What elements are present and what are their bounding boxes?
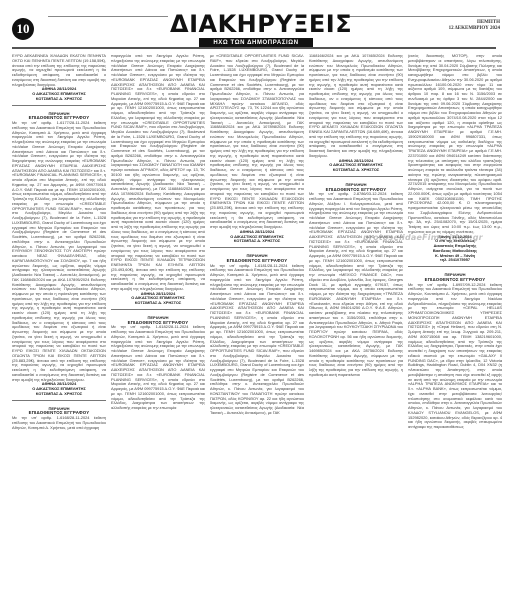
notice-columns: ΕΥΡΩ ΔΕΚΑΕΝΝΕΑ ΧΙΛΙΑΔΩΝ ΕΚΑΤΟΝ ΠΕΝΗΝΤΑ Ο… [12,54,502,598]
notice-body: ΕΥΡΩ ΔΕΚΑΕΝΝΕΑ ΧΙΛΙΑΔΩΝ ΕΚΑΤΟΝ ΠΕΝΗΝΤΑ Ο… [12,54,106,87]
masthead-rule-left [48,16,168,17]
notice-signature: ΑΘΗΝΑ 28/11/2024Ο ΔΙΚΑΣΤΙΚΟΣ ΕΠΙΜΕΛΗΤΗΣΚ… [111,292,205,310]
issue-date: ΠΕΜΠΤΗ 12 ΔΕΚΕΜΒΡΙΟΥ 2024 [449,20,500,32]
notice-body: (εκτός δικαστικής ΜΟΤΟΡ), στην οποία μετ… [408,54,502,235]
page-number-badge: 10 [12,18,34,40]
notice-body: Με την υπ' αριθμ. 1-6177/28-11-2024 έκθε… [12,121,106,382]
text-column-2: παραγγελία από τον δικηγόρο Αγγελο Ράπτη… [111,54,205,598]
section-title: ΔΙΑΚΗΡΥΞΕΙΣ [170,12,346,36]
notice-signature: ΑΘΗΝΑ 28/11/2024Ο ΔΙΚΑΣΤΙΚΟΣ ΕΠΙΜΕΛΗΤΗΣΚ… [12,87,106,105]
text-column-1: ΕΥΡΩ ΔΕΚΑΕΝΝΕΑ ΧΙΛΙΑΔΩΝ ΕΚΑΤΟΝ ΠΕΝΗΝΤΑ Ο… [12,54,106,598]
notice-body: Με την υπ' αριθμ. 1-6957/09-12-2024 έκθε… [408,283,502,430]
notice-body: Με την υπ' αριθμ. 1-6181/28-11-2024 έκθε… [210,264,304,416]
masthead: 10 ΔΙΑΚΗΡΥΞΕΙΣ ΗΧΩ ΤΩΝ ΔΗΜΟΠΡΑΣΙΩΝ ΠΕΜΠΤ… [0,0,514,50]
signature-line: ΚΟΤΣΙΜΠΑΣ Δ. ΧΡΗΣΤΟΣ [12,392,106,397]
masthead-rule-right [346,16,496,17]
notice-body: παραγγελία από τον δικηγόρο Αγγελο Ράπτη… [111,54,205,292]
notice-signature: ΑΘΗΝΑ 28/11/2024Ο ΔΙΚΑΣΤΙΚΟΣ ΕΠΙΜΕΛΗΤΗΣΚ… [309,159,403,177]
text-column-4: 1168166/2024 και με ΑΚΔ 107465/2024 Εκδο… [309,54,403,598]
notice-signature: ΑΘΗΝΑ 28/11/2024Ο ΔΙΚΑΣΤΙΚΟΣ ΕΠΙΜΕΛΗΤΗΣΚ… [210,230,304,248]
issue-date-text: 12 ΔΕΚΕΜΒΡΙΟΥ 2024 [449,26,500,32]
notice-body: Με την υπ' αριθμ. 2-8786/03-12-2024 έκθε… [309,192,403,377]
notice-body: 1168166/2024 και με ΑΚΔ 107465/2024 Εκδο… [309,54,403,159]
signature-line: ΚΟΤΣΙΜΠΑΣ Δ. ΧΡΗΣΤΟΣ [309,168,403,173]
text-column-3: με «CREDITABLE OPPORTUNITIES FUND SICAV-… [210,54,304,598]
masthead-divider [12,47,496,49]
text-column-5: (εκτός δικαστικής ΜΟΤΟΡ), στην οποία μετ… [408,54,502,598]
notice-signature: ΑΘΗΝΑ 28/11/2024Ο ΔΙΚΑΣΤΙΚΟΣ ΕΠΙΜΕΛΗΤΗΣΚ… [12,382,106,400]
signature-line: ΚΟΤΣΙΜΠΑΣ Δ. ΧΡΗΣΤΟΣ [210,239,304,244]
notice-signature: Ξάνθη, 11-12-2024Ο επί της εκτελέσεωςΔικ… [408,235,502,268]
notice-body: με «CREDITABLE OPPORTUNITIES FUND SICAV-… [210,54,304,230]
signature-line: τηλ. 2541075957 [408,258,502,263]
notice-body: Με την υπ' αριθμ. 1-6182/28-11-2024 έκθε… [111,325,205,411]
signature-line: ΚΟΤΣΙΜΠΑΣ Δ. ΧΡΗΣΤΟΣ [12,97,106,102]
signature-line: ΚΟΤΣΙΜΠΑΣ Δ. ΧΡΗΣΤΟΣ [111,301,205,306]
notice-body: Με την υπ' αριθμ. 1-6168/28-11-2024 έκθε… [12,416,106,430]
